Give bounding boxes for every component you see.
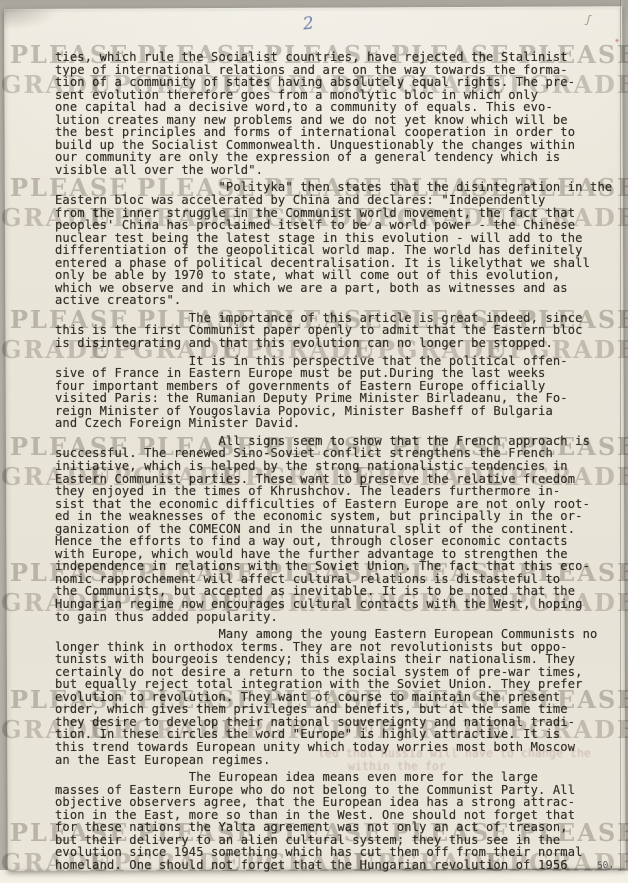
text-line: The European idea means even more for th… [55, 771, 612, 784]
paragraph: "Polityka" then states that the disinteg… [55, 181, 612, 306]
text-line: Hungarian regime now encourages cultural… [55, 598, 612, 611]
text-line: Eastern bloc was accelerated by China an… [55, 194, 612, 207]
paragraph: Many among the young Eastern European Co… [55, 628, 612, 766]
text-line: this trend towards European unity which … [55, 741, 612, 754]
paragraph: All signs seem to show that the French a… [55, 435, 612, 623]
text-line: but equally reject total integration wit… [55, 678, 612, 691]
text-line: only be able by 1970 to state, what will… [55, 269, 612, 282]
text-line: initiative, which is helped by the stron… [55, 460, 612, 473]
text-line: visited Paris: the Rumanian Deputy Prime… [55, 392, 612, 405]
text-line: one capital had a decisive word,to a com… [55, 101, 612, 114]
text-line: sive of France in Eastern Europe must be… [55, 367, 612, 380]
text-line: tion of a community of states having abs… [55, 76, 612, 89]
scanned-document-view: ties, which rule the Socialist countries… [0, 0, 628, 883]
paragraph: The importance of this article is great … [55, 312, 612, 350]
page-edge-line [620, 0, 621, 871]
text-line: an the East European regimes. [55, 754, 612, 767]
text-line: to gain thus added popularity. [55, 611, 612, 624]
text-line: for these nations the Yalta agreement wa… [55, 821, 612, 834]
text-line: objective observers agree, that the Euro… [55, 796, 612, 809]
paragraph: ties, which rule the Socialist countries… [55, 51, 612, 176]
text-line: Many among the young Eastern European Co… [55, 628, 612, 641]
text-line: and Czech Foreign Minister David. [55, 417, 612, 430]
paragraph: It is in this perspective that the polit… [55, 355, 612, 430]
typewritten-text: ties, which rule the Socialist countries… [55, 51, 612, 871]
text-line: order, which gives them privileges and b… [55, 703, 612, 716]
text-line: peoples' China has proclaimed itself to … [55, 219, 612, 232]
page-corner-number: 50. [597, 859, 615, 871]
text-line: tunists with bourgeois tendency; this ex… [55, 653, 612, 666]
text-line: ties, which rule the Socialist countries… [55, 51, 612, 64]
paragraph: The European idea means even more for th… [55, 771, 612, 871]
text-line: visible all over the world". [55, 164, 612, 177]
text-line: Hence the efforts to find a way out, thr… [55, 535, 612, 548]
text-line: homeland. One should not forget that the… [55, 859, 612, 872]
text-line: differentiation of the geopolitical worl… [55, 244, 612, 257]
text-line: active creators". [55, 294, 612, 307]
text-line: independence in relations with the Sovie… [55, 560, 612, 573]
text-line: the best principles and forms of interna… [55, 126, 612, 139]
text-line: they enjoyed in the times of Khrushchov.… [55, 485, 612, 498]
red-ink-speck [615, 38, 619, 43]
text-line: is disintegrating and that this evolutio… [55, 337, 612, 350]
text-line: ed in the weaknesses of the economic sys… [55, 510, 612, 523]
handwritten-page-number: 2 [302, 13, 315, 34]
